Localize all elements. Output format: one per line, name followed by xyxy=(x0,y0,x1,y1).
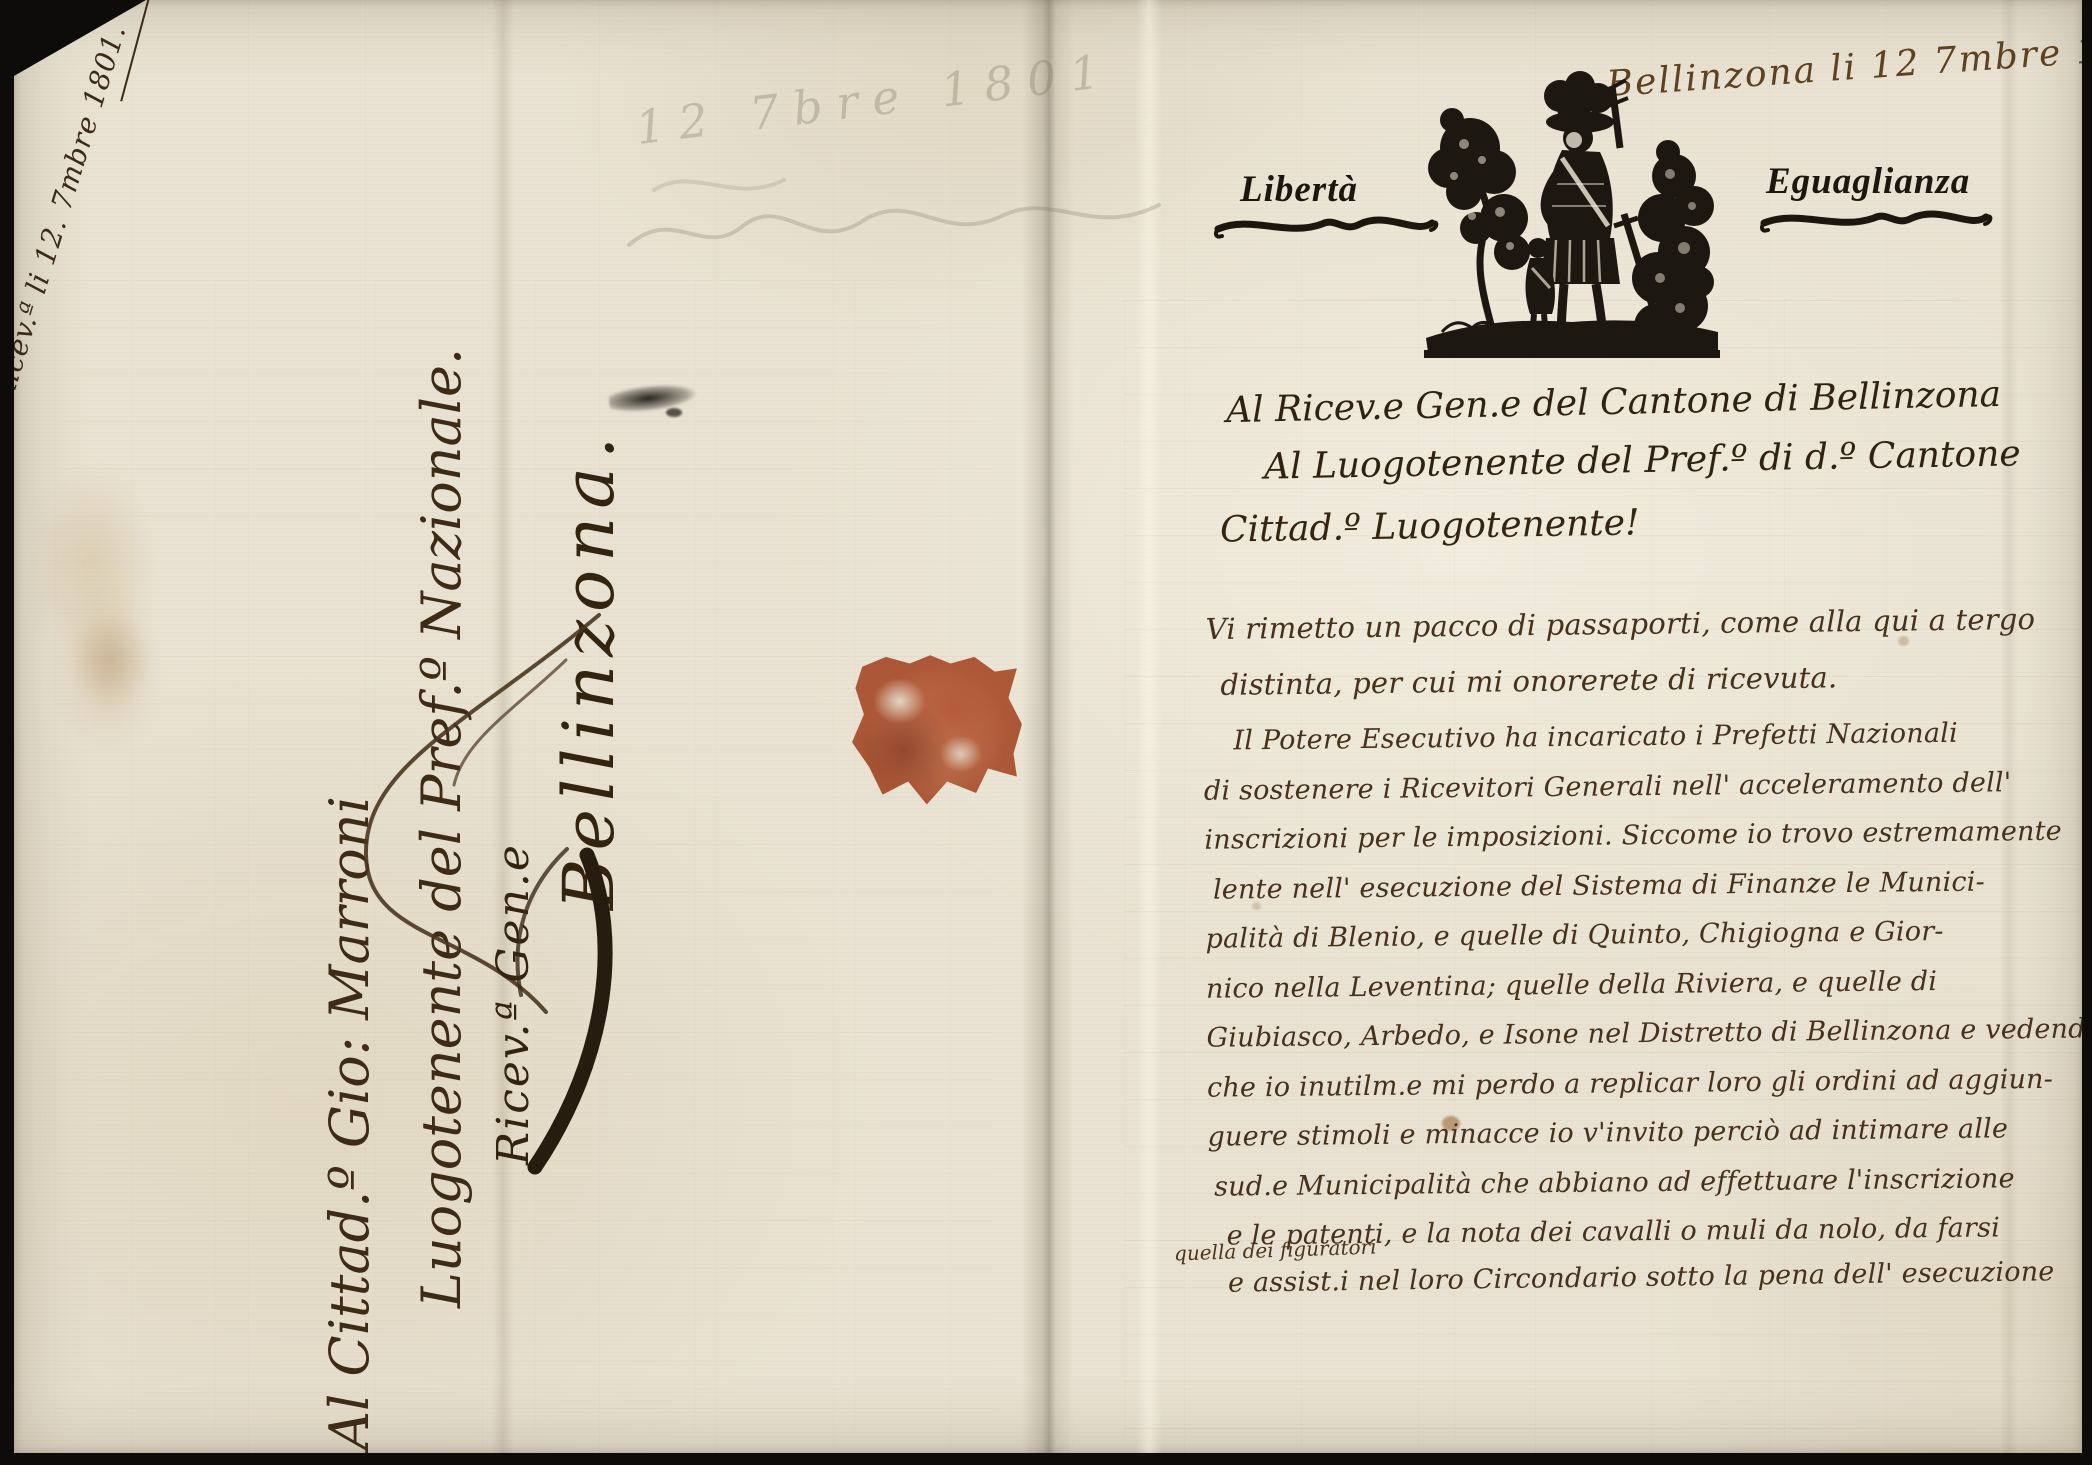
flourish-rule-right xyxy=(1756,206,1996,234)
letter-paper-sheet: Ricev.ª li 12. 7mbre 1801. 12 7bre 1801 … xyxy=(14,0,2082,1453)
corner-receipt-note: Ricev.ª li 12. 7mbre 1801. xyxy=(0,0,146,406)
salutation: Cittad.º Luogotenente! xyxy=(1220,502,1640,550)
manuscript-line: Giubiasco, Arbedo, e Isone nel Distretto… xyxy=(1206,1004,2092,1063)
flourish-rule-left xyxy=(1210,212,1440,240)
manuscript-line: guere stimoli e minacce io v'invito perc… xyxy=(1207,1103,2092,1162)
stain-blotch xyxy=(28,462,168,752)
motto-eguaglianza: Eguaglianza xyxy=(1766,160,1970,203)
manuscript-line: inscrizioni per le imposizioni. Siccome … xyxy=(1204,806,2092,865)
manuscript-line: Vi rimetto un pacco di passaporti, come … xyxy=(1205,591,2035,657)
paragraph-1: Vi rimetto un pacco di passaporti, come … xyxy=(1205,591,2036,713)
corner-receipt-note-wrapper: Ricev.ª li 12. 7mbre 1801. xyxy=(0,0,172,414)
wax-seal-remnant xyxy=(852,652,1022,816)
scanned-letter-photo: Ricev.ª li 12. 7mbre 1801. 12 7bre 1801 … xyxy=(0,0,2092,1465)
motto-liberta: Libertà xyxy=(1240,168,1358,211)
ghost-note: 12 7bre 1801 xyxy=(633,43,1117,155)
paragraph-2: Il Potere Esecutivo ha incaricato i Pref… xyxy=(1203,707,2092,1261)
ghost-writing-squiggle xyxy=(614,150,1174,280)
manuscript-line: Il Potere Esecutivo ha incaricato i Pref… xyxy=(1233,707,2092,766)
tell-emblem-engraving xyxy=(1412,56,1732,371)
calligraphic-swash-office xyxy=(469,845,619,1180)
ink-smudge-small xyxy=(666,408,682,417)
manuscript-line: lente nell' esecuzione del Sistema di Fi… xyxy=(1213,856,2092,915)
interline-note: quella dei figuratori xyxy=(1174,1234,1377,1265)
recipient-line-1: Al Ricev.e Gen.e del Cantone di Bellinzo… xyxy=(1226,374,2002,431)
manuscript-line: distinta, per cui mi onorerete di ricevu… xyxy=(1220,647,2036,713)
manuscript-line: sud.e Municipalità che abbiano ad effett… xyxy=(1214,1153,2092,1212)
stain-spot xyxy=(72,612,150,708)
closing-line: e assist.i nel loro Circondario sotto la… xyxy=(1228,1256,2055,1299)
recipient-line-2: Al Luogotenente del Pref.º di d.º Canton… xyxy=(1264,433,2021,487)
